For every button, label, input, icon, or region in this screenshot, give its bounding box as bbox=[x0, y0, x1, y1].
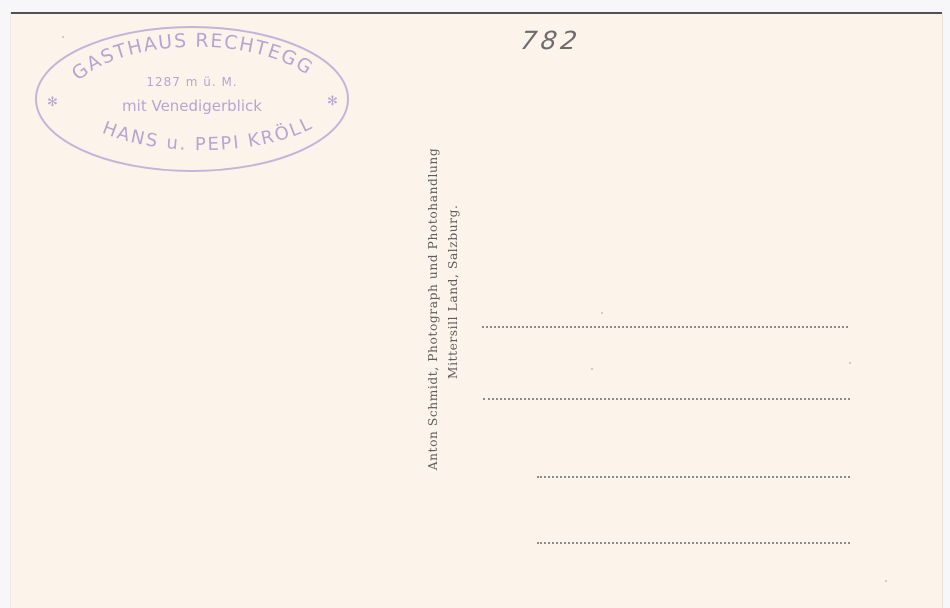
imprint-line-2: Mittersill Land, Salzburg. bbox=[443, 109, 463, 509]
stamp-ornament-left-icon: ✻ bbox=[47, 95, 58, 110]
stamp-bottom-arc-text: HANS u. PEPI KRÖLL bbox=[100, 113, 317, 155]
paper-speck bbox=[849, 362, 851, 364]
address-line-2 bbox=[483, 398, 850, 400]
paper-speck bbox=[601, 312, 603, 314]
handwritten-number: 782 bbox=[519, 26, 583, 55]
paper-speck bbox=[885, 580, 887, 582]
stamp-altitude: 1287 m ü. M. bbox=[146, 75, 237, 89]
address-line-4 bbox=[537, 542, 850, 544]
paper-speck bbox=[62, 36, 64, 38]
postcard-back: GASTHAUS RECHTEGG 1287 m ü. M. mit Vened… bbox=[11, 12, 942, 608]
address-line-3 bbox=[537, 476, 850, 478]
stamp-ornament-right-icon: ✻ bbox=[327, 94, 338, 109]
stamp-subtitle: mit Venedigerblick bbox=[122, 97, 262, 115]
imprint-line-1: Anton Schmidt, Photograph und Photohandl… bbox=[423, 109, 443, 509]
stamp-oval-icon: GASTHAUS RECHTEGG 1287 m ü. M. mit Vened… bbox=[33, 21, 351, 173]
paper-speck bbox=[591, 368, 593, 370]
publisher-imprint: Anton Schmidt, Photograph und Photohandl… bbox=[423, 109, 471, 509]
gasthaus-rubber-stamp: GASTHAUS RECHTEGG 1287 m ü. M. mit Vened… bbox=[33, 21, 351, 173]
address-line-1 bbox=[482, 326, 848, 328]
